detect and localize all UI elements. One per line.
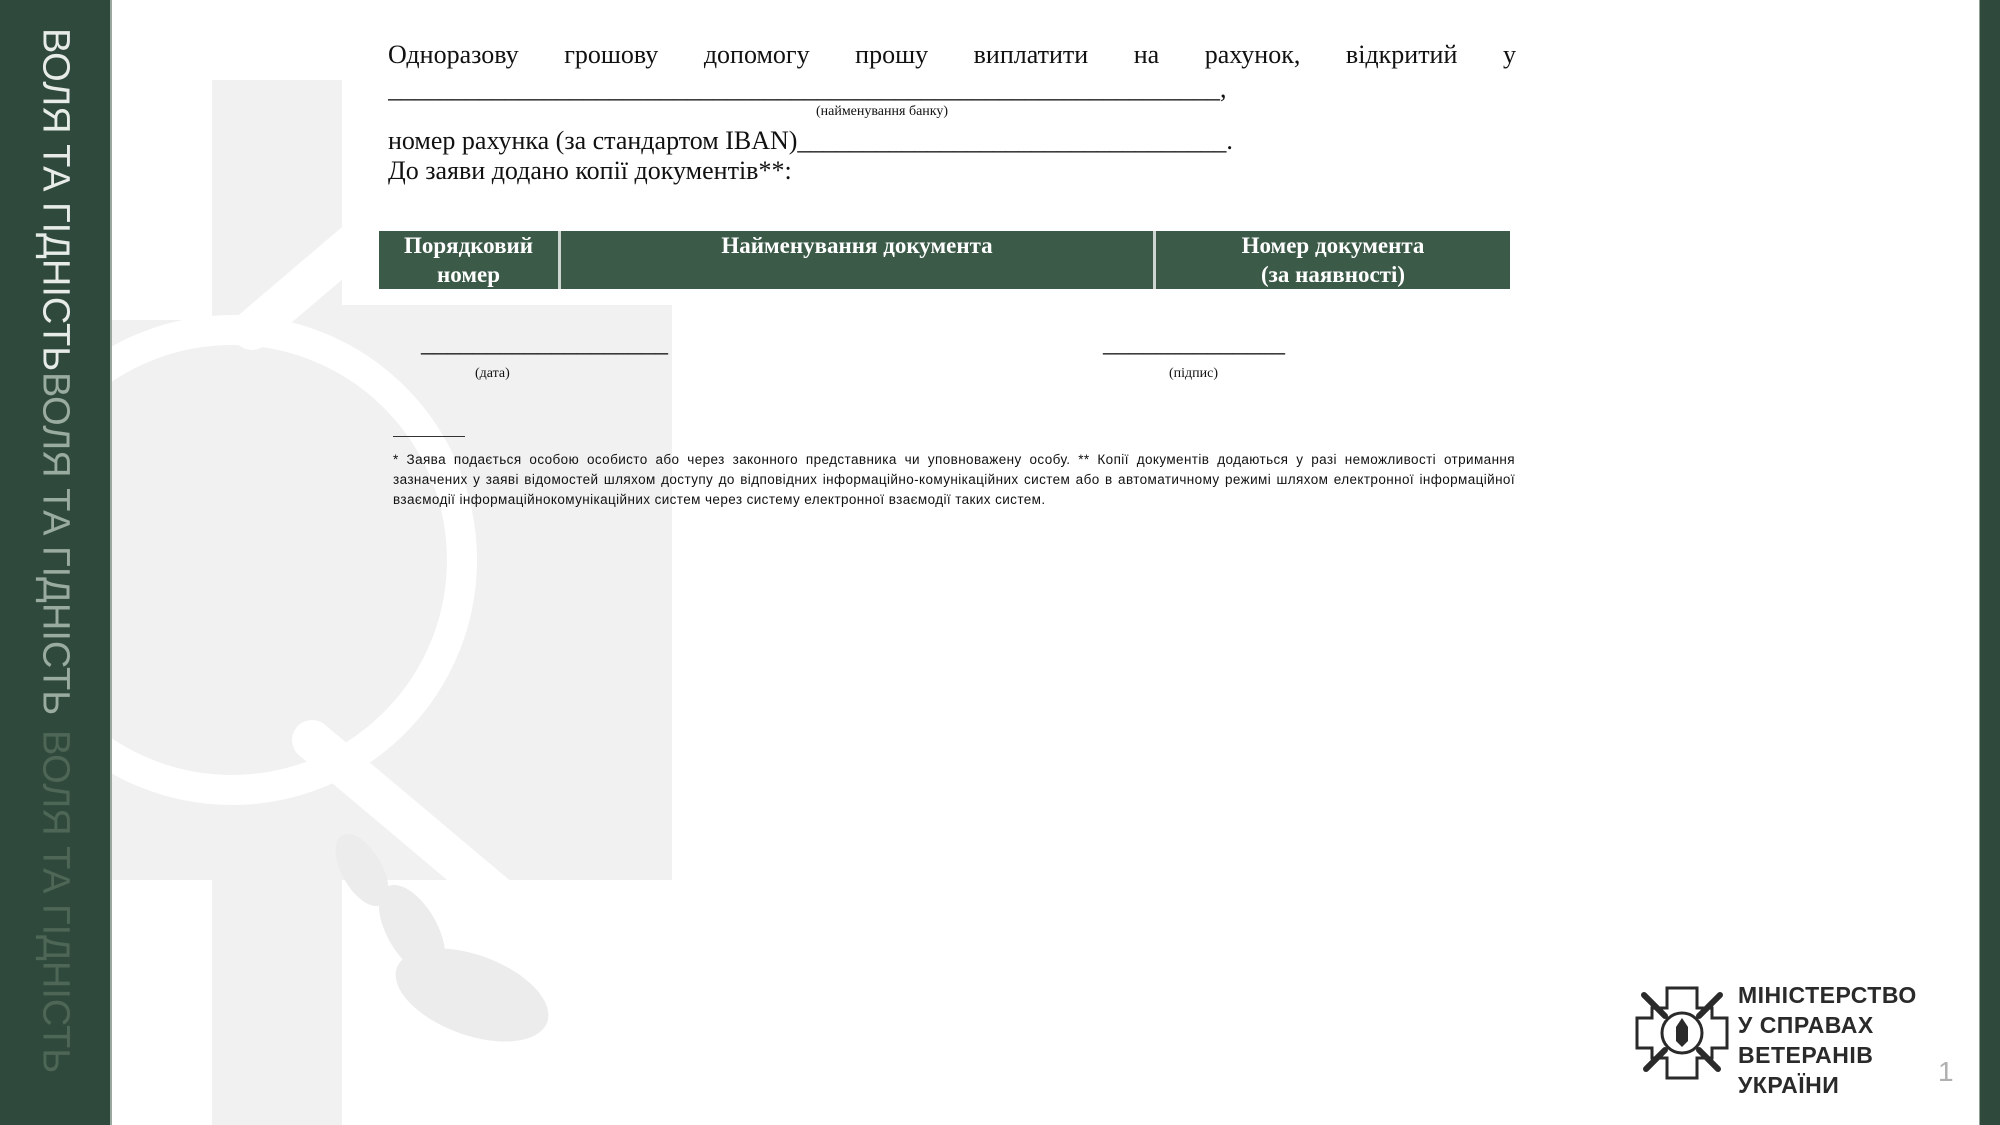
- attachments-label: До заяви додано копії документів**:: [388, 156, 1516, 186]
- word: виплатити: [974, 40, 1089, 74]
- logo-line: У СПРАВАХ: [1738, 1010, 1917, 1040]
- right-edge-band: [1979, 0, 2000, 1125]
- payment-request-line: Одноразову грошову допомогу прошу виплат…: [388, 40, 1516, 74]
- column-header-number: Порядковий номер: [379, 231, 560, 289]
- documents-table: Порядковий номер Найменування документа …: [379, 231, 1510, 289]
- header-line: Номер документа: [1160, 231, 1506, 260]
- date-caption: (дата): [475, 366, 510, 382]
- signature-field[interactable]: ______________: [1103, 328, 1285, 358]
- slogan-text: ВОЛЯ ТА ГІДНІСТЬ: [34, 28, 77, 371]
- word: допомогу: [704, 40, 810, 74]
- word: рахунок,: [1205, 40, 1301, 74]
- bank-name-field[interactable]: ________________________________________…: [388, 74, 1516, 104]
- header-line: (за наявності): [1160, 260, 1506, 289]
- column-header-document-number: Номер документа (за наявності): [1155, 231, 1511, 289]
- form-body: Одноразову грошову допомогу прошу виплат…: [388, 40, 1516, 186]
- word: відкритий: [1346, 40, 1457, 74]
- page-number: 1: [1938, 1056, 1954, 1088]
- bank-name-caption: (найменування банку): [318, 104, 1446, 126]
- ministry-logo-text: МІНІСТЕРСТВО У СПРАВАХ ВЕТЕРАНІВ УКРАЇНИ: [1738, 980, 1917, 1100]
- word: Одноразову: [388, 40, 519, 74]
- logo-line: МІНІСТЕРСТВО: [1738, 980, 1917, 1010]
- logo-line: ВЕТЕРАНІВ: [1738, 1040, 1917, 1070]
- date-field[interactable]: ___________________: [421, 328, 668, 358]
- header-line: Порядковий: [383, 231, 554, 260]
- footnote-text: * Заява подається особою особисто або че…: [393, 450, 1515, 510]
- column-header-document-name: Найменування документа: [560, 231, 1155, 289]
- header-line: номер: [383, 260, 554, 289]
- slogan-text: ВОЛЯ ТА ГІДНІСТЬ: [34, 372, 77, 715]
- iban-field[interactable]: номер рахунка (за стандартом IBAN)______…: [388, 126, 1516, 156]
- left-sidebar-band: ВОЛЯ ТА ГІДНІСТЬ ВОЛЯ ТА ГІДНІСТЬ ВОЛЯ Т…: [0, 0, 112, 1125]
- table-header-row: Порядковий номер Найменування документа …: [379, 231, 1510, 289]
- word: прошу: [855, 40, 928, 74]
- header-line: Найменування документа: [565, 231, 1149, 260]
- ministry-emblem-icon: [1632, 983, 1732, 1083]
- slogan-text: ВОЛЯ ТА ГІДНІСТЬ: [34, 730, 77, 1073]
- word: грошову: [564, 40, 658, 74]
- word: у: [1503, 40, 1516, 74]
- word: на: [1134, 40, 1159, 74]
- logo-line: УКРАЇНИ: [1738, 1070, 1917, 1100]
- signature-caption: (підпис): [1169, 366, 1218, 382]
- footnote-divider: [393, 436, 465, 437]
